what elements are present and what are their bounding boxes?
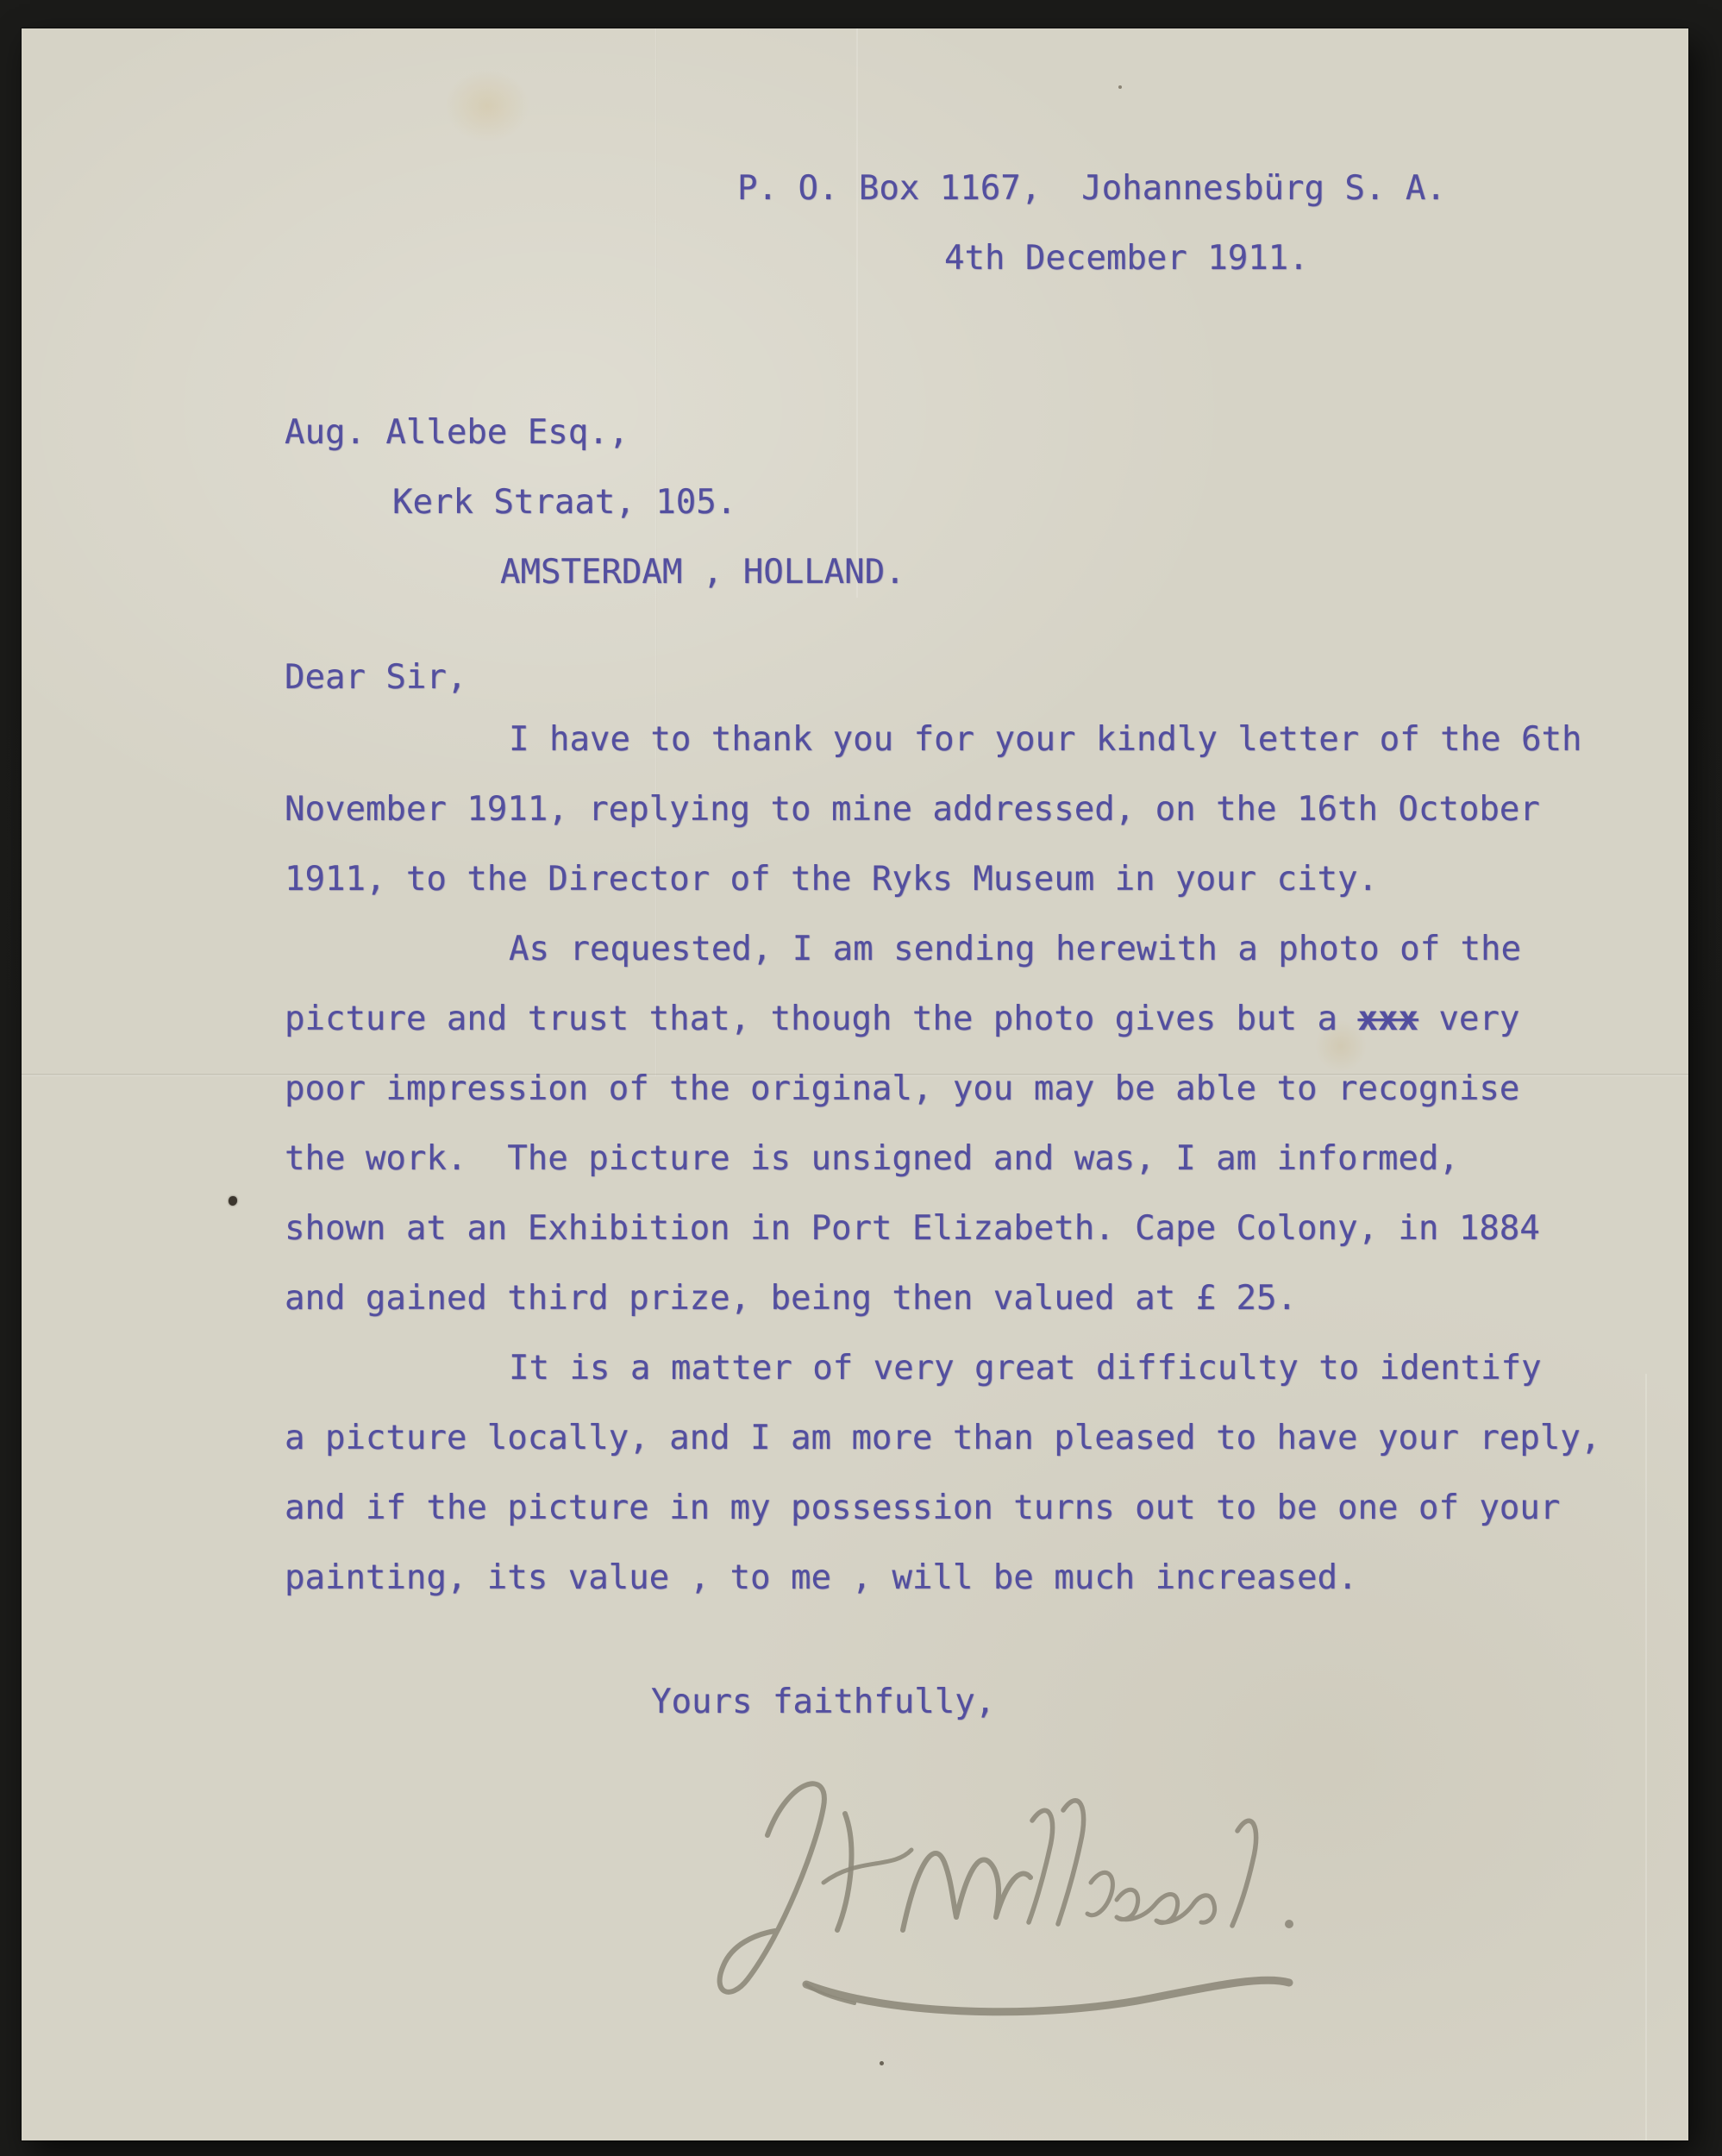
letter-line: 1911, to the Director of the Ryks Museum…	[285, 844, 1600, 914]
closing-valediction: Yours faithfully,	[651, 1667, 995, 1737]
recipient-address-block: Aug. Allebe Esq., Kerk Straat, 105. AMST…	[285, 398, 905, 607]
vertical-fold-crease	[1645, 1374, 1647, 2140]
letter-line: shown at an Exhibition in Port Elizabeth…	[285, 1194, 1600, 1263]
letter-line: I have to thank you for your kindly lett…	[285, 705, 1600, 774]
letter-line: and if the picture in my possession turn…	[285, 1473, 1600, 1543]
recipient-name: Aug. Allebe Esq.,	[285, 398, 905, 467]
letter-line: poor impression of the original, you may…	[285, 1054, 1600, 1124]
sender-address-line: P. O. Box 1167, Johannesbürg S. A.	[737, 154, 1446, 223]
ink-spot	[229, 1196, 237, 1206]
letter-body: I have to thank you for your kindly lett…	[285, 705, 1600, 1613]
recipient-street: Kerk Straat, 105.	[392, 467, 905, 537]
paper-speck	[1118, 85, 1122, 89]
letter-line: and gained third prize, being then value…	[285, 1263, 1600, 1333]
closing-block: Yours faithfully,	[651, 1667, 995, 1737]
letter-line: November 1911, replying to mine addresse…	[285, 774, 1600, 844]
letter-line-segment: picture and trust that, though the photo…	[285, 1000, 1357, 1038]
salutation: Dear Sir,	[285, 642, 467, 712]
letter-page: P. O. Box 1167, Johannesbürg S. A. 4th D…	[22, 28, 1688, 2140]
letter-line: a picture locally, and I am more than pl…	[285, 1403, 1600, 1473]
struck-out-text: xxx	[1357, 1000, 1418, 1038]
letter-line: painting, its value , to me , will be mu…	[285, 1543, 1600, 1613]
letter-line: As requested, I am sending herewith a ph…	[285, 914, 1600, 984]
scanned-letter-photo: P. O. Box 1167, Johannesbürg S. A. 4th D…	[0, 0, 1722, 2156]
letter-line-segment: very	[1418, 1000, 1519, 1038]
letter-line: the work. The picture is unsigned and wa…	[285, 1124, 1600, 1194]
handwritten-signature	[686, 1753, 1393, 2029]
letter-line: picture and trust that, though the photo…	[285, 984, 1600, 1054]
recipient-city: AMSTERDAM , HOLLAND.	[500, 537, 905, 607]
signature-text: J H. Wellbeloved.	[22, 28, 22, 29]
salutation-block: Dear Sir,	[285, 642, 467, 712]
paper-speck	[880, 2061, 884, 2065]
letter-date: 4th December 1911.	[944, 223, 1446, 293]
letter-line: It is a matter of very great difficulty …	[285, 1333, 1600, 1403]
sender-address-block: P. O. Box 1167, Johannesbürg S. A. 4th D…	[737, 154, 1446, 293]
